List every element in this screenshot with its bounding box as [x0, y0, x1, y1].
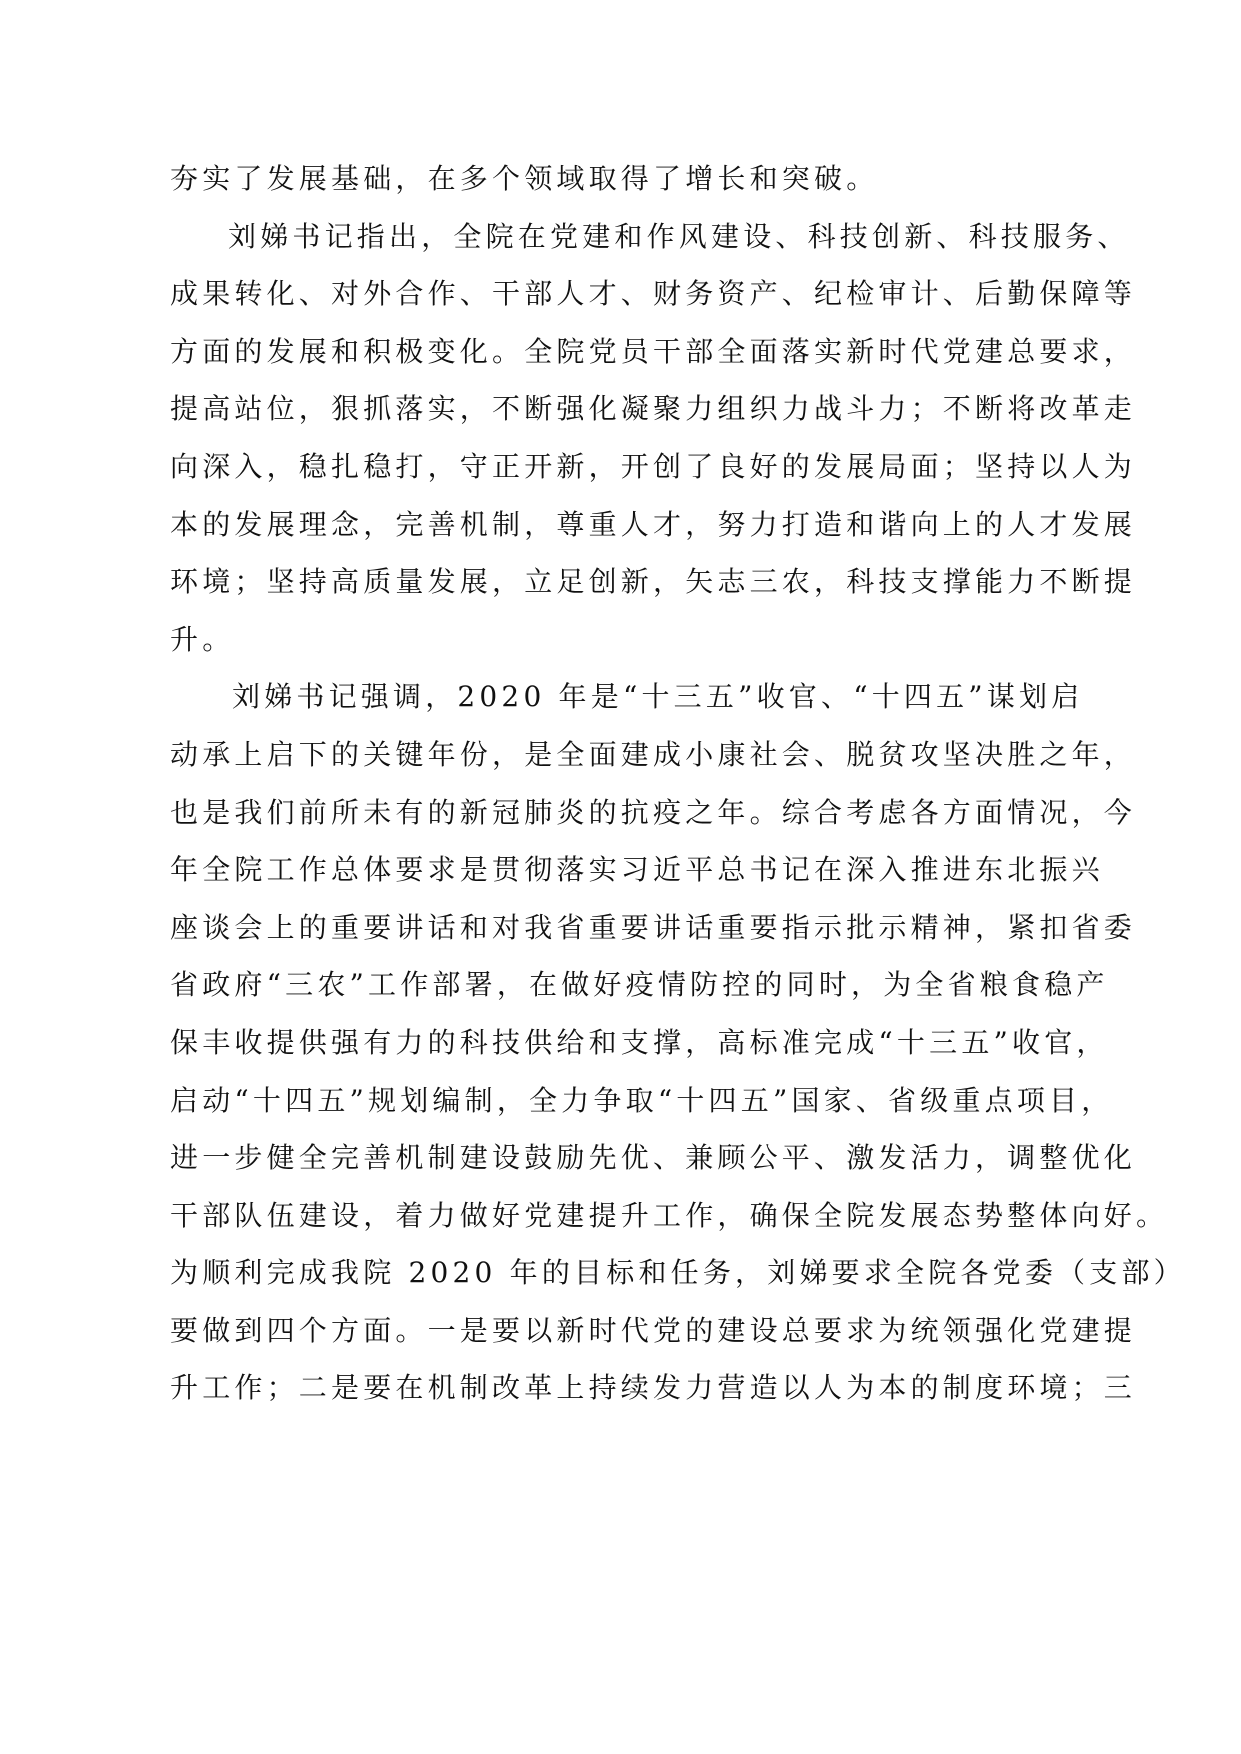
text-line: 要做到四个方面。一是要以新时代党的建设总要求为统领强化党建提	[170, 1302, 1060, 1360]
paragraph-continuation: 夯实了发展基础，在多个领域取得了增长和突破。	[170, 150, 1060, 208]
text-line: 年全院工作总体要求是贯彻落实习近平总书记在深入推进东北振兴	[170, 841, 1060, 899]
text-line: 提高站位，狠抓落实，不断强化凝聚力组织力战斗力；不断将改革走	[170, 380, 1060, 438]
document-body: 夯实了发展基础，在多个领域取得了增长和突破。 刘娣书记指出，全院在党建和作风建设…	[170, 150, 1060, 1417]
text-line: 为顺利完成我院 2020 年的目标和任务，刘娣要求全院各党委（支部）	[170, 1244, 1060, 1302]
text-line: 环境；坚持高质量发展，立足创新，矢志三农，科技支撑能力不断提	[170, 553, 1060, 611]
text-line: 启动“十四五”规划编制，全力争取“十四五”国家、省级重点项目，	[170, 1072, 1060, 1130]
text-line: 升工作；二是要在机制改革上持续发力营造以人为本的制度环境；三	[170, 1359, 1060, 1417]
paragraph-secretary-emphasis: 刘娣书记强调，2020 年是“十三五”收官、“十四五”谋划启 动承上启下的关键年…	[170, 668, 1060, 1417]
text-line: 干部队伍建设，着力做好党建提升工作，确保全院发展态势整体向好。	[170, 1187, 1060, 1245]
text-line: 夯实了发展基础，在多个领域取得了增长和突破。	[170, 150, 1060, 208]
text-line: 刘娣书记强调，2020 年是“十三五”收官、“十四五”谋划启	[170, 668, 1060, 726]
text-line: 省政府“三农”工作部署，在做好疫情防控的同时，为全省粮食稳产	[170, 956, 1060, 1014]
text-line: 方面的发展和积极变化。全院党员干部全面落实新时代党建总要求，	[170, 323, 1060, 381]
text-line: 向深入，稳扎稳打，守正开新，开创了良好的发展局面；坚持以人为	[170, 438, 1060, 496]
text-line: 座谈会上的重要讲话和对我省重要讲话重要指示批示精神，紧扣省委	[170, 899, 1060, 957]
text-line: 进一步健全完善机制建设鼓励先优、兼顾公平、激发活力，调整优化	[170, 1129, 1060, 1187]
text-line: 升。	[170, 611, 1060, 669]
document-page: 夯实了发展基础，在多个领域取得了增长和突破。 刘娣书记指出，全院在党建和作风建设…	[0, 0, 1241, 1754]
text-line: 保丰收提供强有力的科技供给和支撑，高标准完成“十三五”收官，	[170, 1014, 1060, 1072]
text-line: 刘娣书记指出，全院在党建和作风建设、科技创新、科技服务、	[170, 208, 1060, 266]
text-line: 本的发展理念，完善机制，尊重人才，努力打造和谐向上的人才发展	[170, 496, 1060, 554]
paragraph-secretary-remarks: 刘娣书记指出，全院在党建和作风建设、科技创新、科技服务、 成果转化、对外合作、干…	[170, 208, 1060, 669]
text-line: 也是我们前所未有的新冠肺炎的抗疫之年。综合考虑各方面情况，今	[170, 784, 1060, 842]
text-line: 动承上启下的关键年份，是全面建成小康社会、脱贫攻坚决胜之年，	[170, 726, 1060, 784]
text-line: 成果转化、对外合作、干部人才、财务资产、纪检审计、后勤保障等	[170, 265, 1060, 323]
